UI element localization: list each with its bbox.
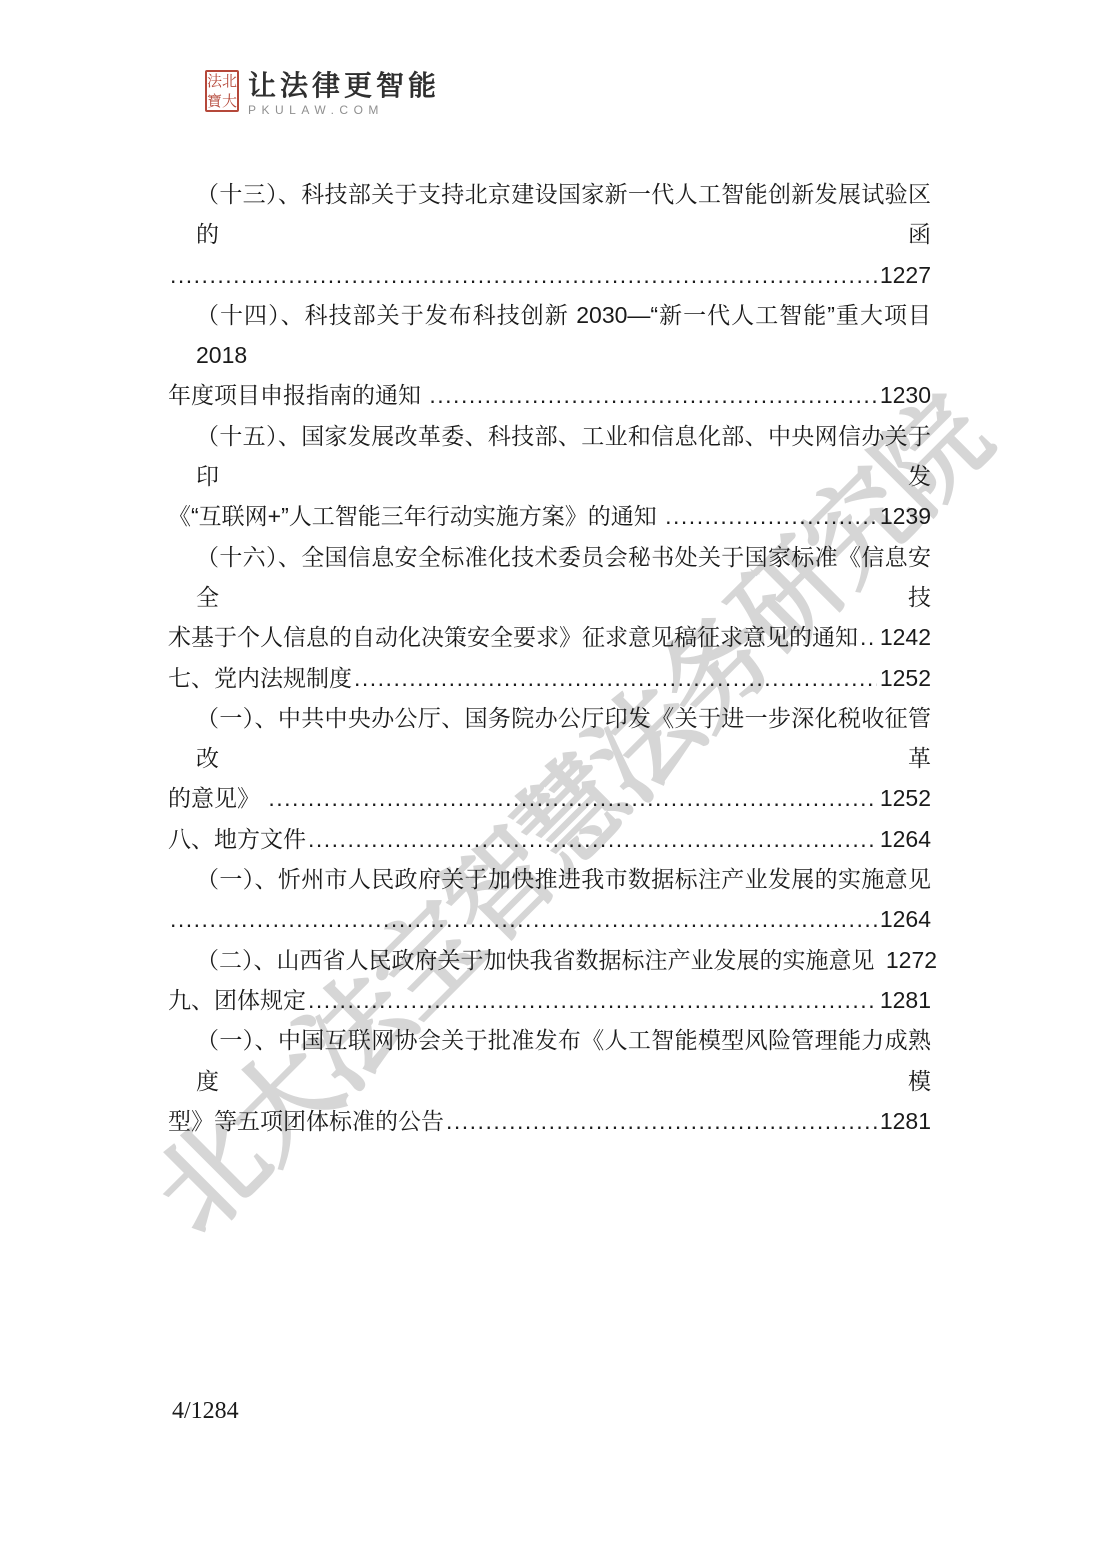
dot-leader <box>446 1101 877 1141</box>
document-page: 北大法宝智慧法务研究院 法 北 寶 大 让法律更智能 PKULAW.COM （十… <box>0 0 1102 1559</box>
dot-leader <box>268 778 876 818</box>
toc-entry-text: 《“互联网+”人工智能三年行动实施方案》的通知 <box>168 496 663 536</box>
toc-entry-text: （一）、中共中央办公厅、国务院办公厅印发《关于进一步深化税收征管改革 <box>196 705 931 771</box>
dot-leader <box>170 255 877 295</box>
dot-leader <box>170 899 877 939</box>
toc-entry-text: （十五）、国家发展改革委、科技部、工业和信息化部、中央网信办关于印发 <box>196 423 931 489</box>
logo-text: 让法律更智能 PKULAW.COM <box>248 70 440 118</box>
toc-entry-line: （一）、忻州市人民政府关于加快推进我市数据标注产业发展的实施意见 <box>168 859 931 899</box>
logo-domain: PKULAW.COM <box>248 102 440 118</box>
toc-page-number: 1264 <box>880 899 931 939</box>
toc-section-heading: 八、地方文件1264 <box>168 819 931 859</box>
toc-entry-line: （十六）、全国信息安全标准化技术委员会秘书处关于国家标准《信息安全技 <box>168 537 931 618</box>
toc-entry-text: （一）、中国互联网协会关于批准发布《人工智能模型风险管理能力成熟度模 <box>196 1027 931 1093</box>
seal-char-top-right: 北 <box>222 72 237 92</box>
toc-entry-text: （十六）、全国信息安全标准化技术委员会秘书处关于国家标准《信息安全技 <box>196 544 931 610</box>
toc-entry-text: （十四）、科技部关于发布科技创新 2030—“新一代人工智能”重大项目 2018 <box>196 302 931 368</box>
pkulaw-logo: 法 北 寶 大 让法律更智能 PKULAW.COM <box>205 70 440 118</box>
toc-entry-text: 七、党内法规制度 <box>168 658 352 698</box>
toc-entry-line: 术基于个人信息的自动化决策安全要求》征求意见稿征求意见的通知1242 <box>168 617 931 657</box>
seal-char-top-left: 法 <box>207 72 222 92</box>
toc-entry-line: （二）、山西省人民政府关于加快我省数据标注产业发展的实施意见 1272 <box>168 940 931 980</box>
page-footer: 4/1284 <box>172 1398 239 1425</box>
toc-entry-line: （一）、中国互联网协会关于批准发布《人工智能模型风险管理能力成熟度模 <box>168 1020 931 1101</box>
table-of-contents: （十三）、科技部关于支持北京建设国家新一代人工智能创新发展试验区的函1227（十… <box>168 174 931 1141</box>
dot-leader <box>308 980 877 1020</box>
toc-entry-line: 型》等五项团体标准的公告1281 <box>168 1101 931 1141</box>
toc-entry-line: （一）、中共中央办公厅、国务院办公厅印发《关于进一步深化税收征管改革 <box>168 698 931 779</box>
logo-slogan: 让法律更智能 <box>248 70 440 102</box>
toc-page-number: 1239 <box>880 496 931 536</box>
toc-entry-text: 型》等五项团体标准的公告 <box>168 1101 444 1141</box>
toc-entry-line: （十四）、科技部关于发布科技创新 2030—“新一代人工智能”重大项目 2018 <box>168 295 931 376</box>
page-number: 4/1284 <box>172 1398 239 1424</box>
toc-entry-line: 年度项目申报指南的通知 1230 <box>168 375 931 415</box>
toc-entry-line: 1264 <box>168 899 931 939</box>
toc-entry-text: 九、团体规定 <box>168 980 306 1020</box>
toc-entry-line: 的意见》 1252 <box>168 778 931 818</box>
toc-entry-text: 年度项目申报指南的通知 <box>168 375 427 415</box>
toc-page-number: 1264 <box>880 819 931 859</box>
toc-entry-text: 八、地方文件 <box>168 819 306 859</box>
dot-leader <box>308 819 877 859</box>
toc-entry-line: （十三）、科技部关于支持北京建设国家新一代人工智能创新发展试验区的函 <box>168 174 931 255</box>
pkulaw-seal-icon: 法 北 寶 大 <box>205 70 239 112</box>
dot-leader <box>429 375 876 415</box>
toc-entry-text: 术基于个人信息的自动化决策安全要求》征求意见稿征求意见的通知 <box>168 617 858 657</box>
toc-section-heading: 七、党内法规制度1252 <box>168 658 931 698</box>
toc-page-number: 1281 <box>880 980 931 1020</box>
toc-entry-line: （十五）、国家发展改革委、科技部、工业和信息化部、中央网信办关于印发 <box>168 416 931 497</box>
toc-page-number: 1230 <box>880 375 931 415</box>
toc-page-number: 1252 <box>880 658 931 698</box>
dot-leader <box>665 496 877 536</box>
toc-page-number: 1227 <box>880 255 931 295</box>
seal-char-bottom-right: 大 <box>222 92 237 112</box>
toc-entry-text: （二）、山西省人民政府关于加快我省数据标注产业发展的实施意见 <box>196 940 881 980</box>
dot-leader <box>860 617 877 657</box>
toc-page-number: 1281 <box>880 1101 931 1141</box>
toc-entry-line: 1227 <box>168 255 931 295</box>
dot-leader <box>354 658 877 698</box>
toc-entry-text: （一）、忻州市人民政府关于加快推进我市数据标注产业发展的实施意见 <box>196 866 931 892</box>
seal-char-bottom-left: 寶 <box>207 92 222 112</box>
toc-entry-line: 《“互联网+”人工智能三年行动实施方案》的通知 1239 <box>168 496 931 536</box>
toc-page-number: 1252 <box>880 778 931 818</box>
toc-page-number: 1272 <box>886 940 937 980</box>
toc-section-heading: 九、团体规定1281 <box>168 980 931 1020</box>
toc-entry-text: 的意见》 <box>168 778 266 818</box>
toc-entry-text: （十三）、科技部关于支持北京建设国家新一代人工智能创新发展试验区的函 <box>196 181 931 247</box>
toc-page-number: 1242 <box>880 617 931 657</box>
